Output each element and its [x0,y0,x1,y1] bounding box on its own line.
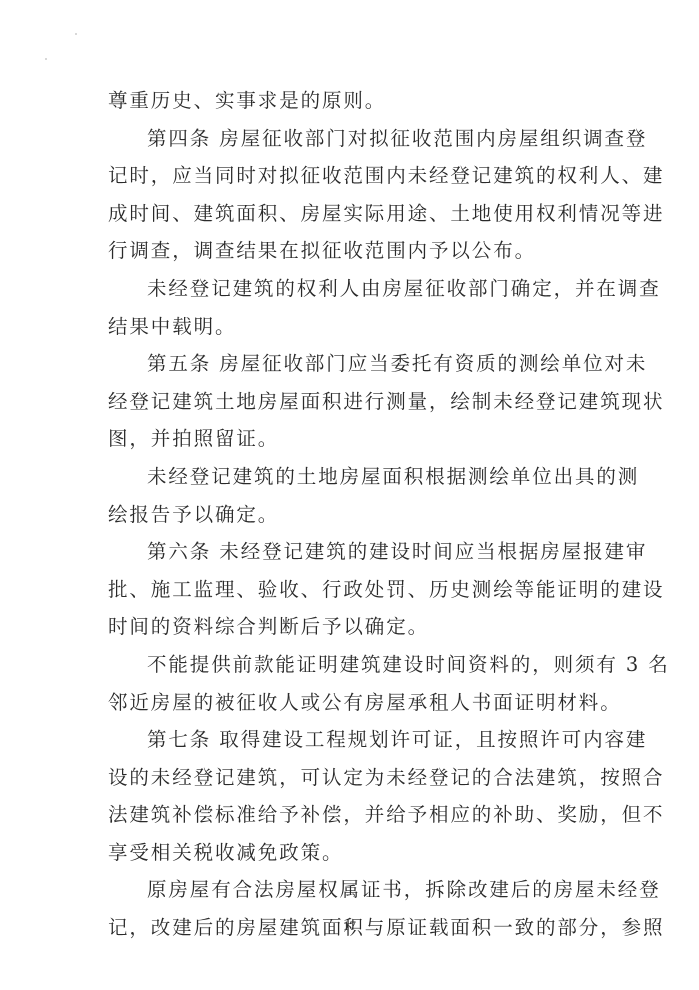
text-line: 时间的资料综合判断后予以确定。 [108,608,592,646]
paragraph-start-line: 原房屋有合法房屋权属证书，拆除改建后的房屋未经登 [108,871,592,909]
article-5-heading-line: 第五条 房屋征收部门应当委托有资质的测绘单位对未 [108,345,592,383]
scan-speck [75,33,77,35]
page-number: 17 [0,918,699,934]
text-line: 结果中载明。 [108,308,592,346]
text-line: 设的未经登记建筑，可认定为未经登记的合法建筑，按照合 [108,759,592,797]
text-line: 尊重历史、实事求是的原则。 [108,82,592,120]
text-line: 经登记建筑土地房屋面积进行测量，绘制未经登记建筑现状 [108,383,592,421]
text-line: 成时间、建筑面积、房屋实际用途、土地使用权利情况等进 [108,195,592,233]
text-line: 行调查，调查结果在拟征收范围内予以公布。 [108,232,592,270]
text-line: 邻近房屋的被征收人或公有房屋承租人书面证明材料。 [108,684,592,722]
text-line: 享受相关税收减免政策。 [108,834,592,872]
text-line: 记时，应当同时对拟征收范围内未经登记建筑的权利人、建 [108,157,592,195]
scan-speck [45,58,47,60]
paragraph-start-line: 不能提供前款能证明建筑建设时间资料的，则须有 3 名 [108,646,592,684]
text-line: 批、施工监理、验收、行政处罚、历史测绘等能证明的建设 [108,571,592,609]
text-line: 法建筑补偿标准给予补偿，并给予相应的补助、奖励，但不 [108,796,592,834]
document-page: 尊重历史、实事求是的原则。 第四条 房屋征收部门对拟征收范围内房屋组织调查登 记… [0,0,699,990]
article-7-heading-line: 第七条 取得建设工程规划许可证，且按照许可内容建 [108,721,592,759]
paragraph-start-line: 未经登记建筑的权利人由房屋征收部门确定，并在调查 [108,270,592,308]
text-line: 图，并拍照留证。 [108,420,592,458]
article-6-heading-line: 第六条 未经登记建筑的建设时间应当根据房屋报建审 [108,533,592,571]
article-4-heading-line: 第四条 房屋征收部门对拟征收范围内房屋组织调查登 [108,120,592,158]
paragraph-start-line: 未经登记建筑的土地房屋面积根据测绘单位出具的测 [108,458,592,496]
text-line: 绘报告予以确定。 [108,496,592,534]
document-body: 尊重历史、实事求是的原则。 第四条 房屋征收部门对拟征收范围内房屋组织调查登 记… [108,82,592,947]
